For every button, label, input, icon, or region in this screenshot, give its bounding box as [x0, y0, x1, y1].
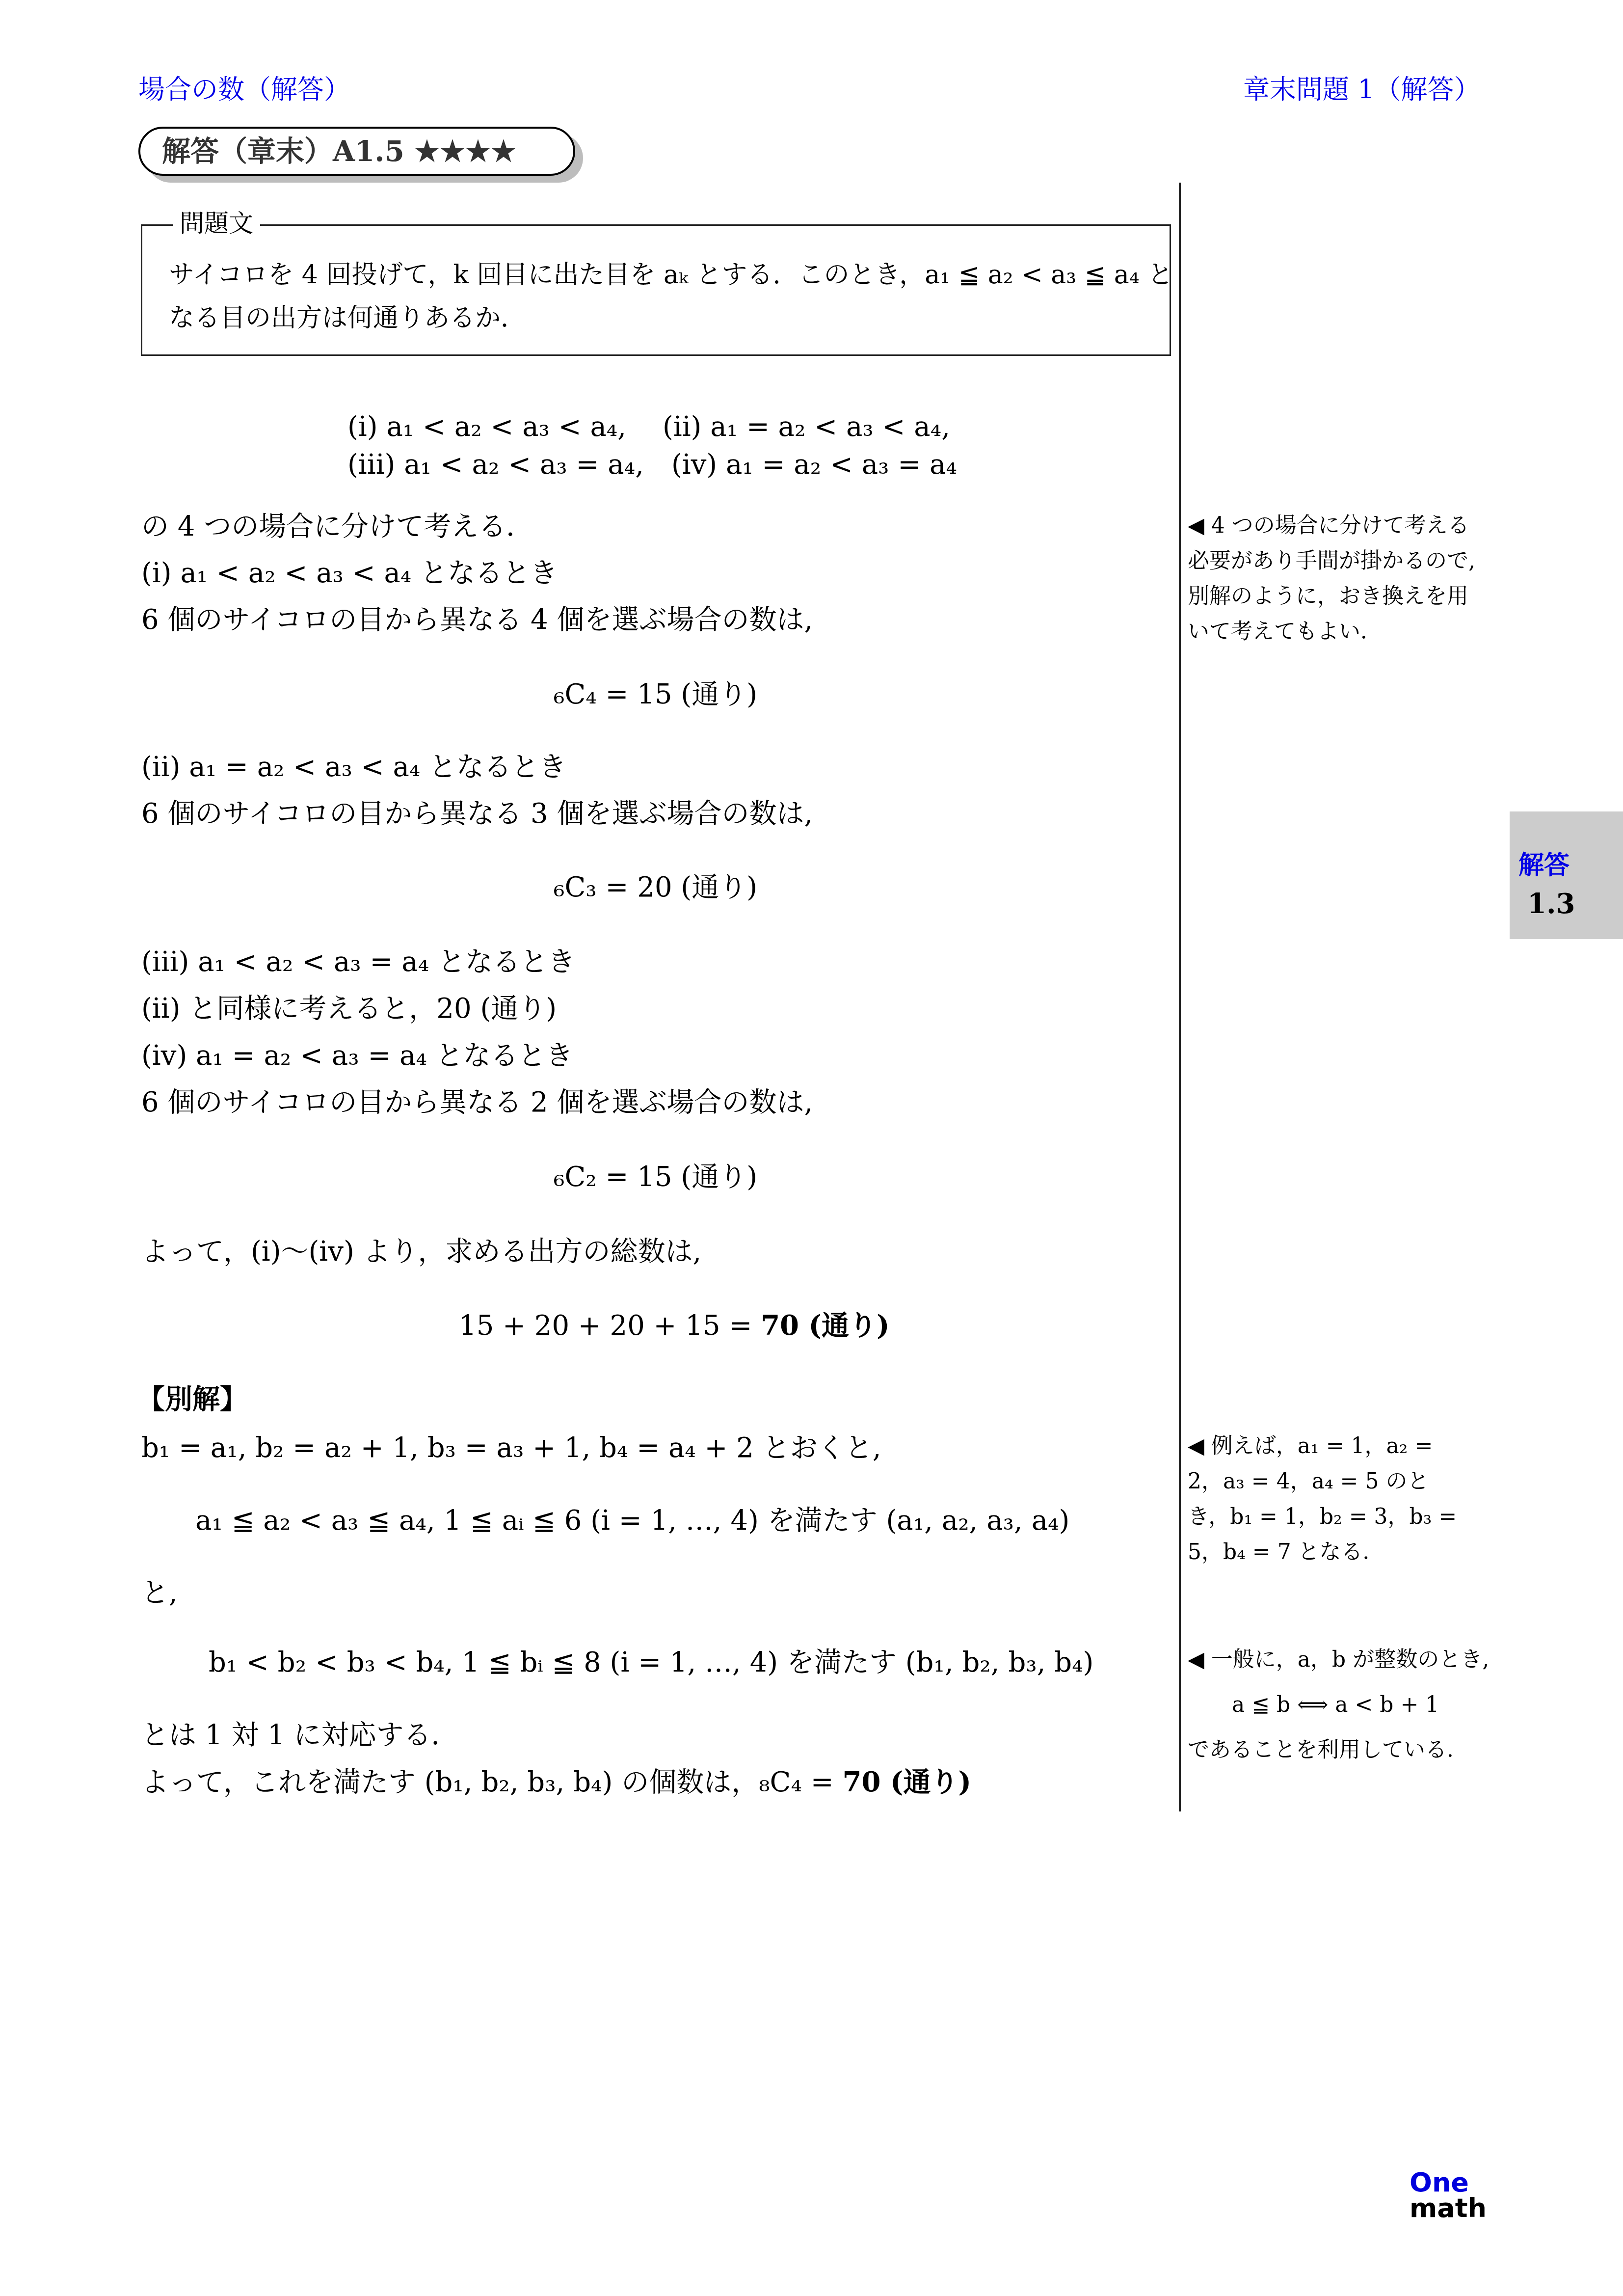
side-note-2-line: 5，b₄ = 7 となる．: [1188, 1535, 1457, 1570]
case1-heading: (i) a₁ < a₂ < a₃ < a₄ となるとき: [141, 556, 558, 591]
case1-text: 6 個のサイコロの目から異なる 4 個を選ぶ場合の数は,: [141, 603, 813, 637]
side-note-1-line: 別解のように，おき換えを用: [1188, 579, 1475, 614]
total-answer: 70 (通り): [761, 1309, 889, 1342]
alt-correspondence: とは 1 対 1 に対応する．: [141, 1718, 458, 1753]
case2-equation: ₆C₃ = 20 (通り): [554, 870, 757, 905]
header-left: 場合の数（解答）: [138, 69, 350, 107]
alt-final: よって，これを満たす (b₁, b₂, b₃, b₄) の個数は，₈C₄ = 7…: [141, 1765, 971, 1800]
case4-equation: ₆C₂ = 15 (通り): [554, 1160, 757, 1194]
solution-intro: の 4 つの場合に分けて考える．: [141, 510, 533, 544]
logo-math: math: [1410, 2194, 1487, 2222]
side-note-1-line: いて考えてもよい．: [1188, 614, 1475, 649]
case4-text: 6 個のサイコロの目から異なる 2 個を選ぶ場合の数は,: [141, 1085, 813, 1120]
side-note-1-line: 必要があり手間が掛かるので,: [1188, 543, 1475, 579]
problem-line-2: なる目の出方は何通りあるか．: [169, 303, 526, 333]
side-note-1-line: ◀ 4 つの場合に分けて考える: [1188, 508, 1475, 543]
cases-row-2: (iii) a₁ < a₂ < a₃ = a₄, (iv) a₁ = a₂ < …: [347, 448, 957, 482]
side-note-3-line: であることを利用している．: [1188, 1732, 1489, 1768]
alt-condition-a: a₁ ≦ a₂ < a₃ ≦ a₄, 1 ≦ aᵢ ≦ 6 (i = 1, …,…: [195, 1504, 1069, 1538]
problem-box: [141, 224, 1171, 356]
case2-heading: (ii) a₁ = a₂ < a₃ < a₄ となるとき: [141, 750, 566, 784]
total-equation-prefix: 15 + 20 + 20 + 15 =: [459, 1310, 761, 1342]
side-note-2-line: ◀ 例えば，a₁ = 1，a₂ =: [1188, 1429, 1457, 1464]
margin-divider: [1179, 183, 1181, 1811]
problem-line-1: サイコロを 4 回投げて，k 回目に出た目を aₖ とする．このとき，a₁ ≦ …: [169, 260, 1173, 290]
case3-text: (ii) と同様に考えると，20 (通り): [141, 992, 557, 1026]
section-tab-label: 解答: [1518, 844, 1570, 881]
side-note-3-line: ◀ 一般に，a，b が整数のとき,: [1188, 1642, 1489, 1677]
alt-condition-b: b₁ < b₂ < b₃ < b₄, 1 ≦ bᵢ ≦ 8 (i = 1, …,…: [209, 1646, 1093, 1680]
alt-substitution: b₁ = a₁, b₂ = a₂ + 1, b₃ = a₃ + 1, b₄ = …: [141, 1431, 881, 1465]
case4-heading: (iv) a₁ = a₂ < a₃ = a₄ となるとき: [141, 1039, 573, 1073]
alt-final-prefix: よって，これを満たす (b₁, b₂, b₃, b₄) の個数は，₈C₄ =: [141, 1766, 842, 1798]
case1-equation: ₆C₄ = 15 (通り): [554, 677, 757, 712]
title-text: 解答（章末）A1.5 ★★★★: [162, 132, 516, 171]
side-note-3: ◀ 一般に，a，b が整数のとき, a ≦ b ⟺ a < b + 1 であるこ…: [1188, 1642, 1489, 1768]
case2-text: 6 個のサイコロの目から異なる 3 個を選ぶ場合の数は,: [141, 797, 813, 831]
side-note-3-formula: a ≦ b ⟺ a < b + 1: [1188, 1687, 1489, 1723]
alt-final-answer: 70 (通り): [842, 1766, 971, 1798]
total-text: よって，(i)〜(iv) より，求める出方の総数は,: [141, 1235, 701, 1269]
alt-to: と,: [141, 1576, 178, 1610]
side-note-2-line: き，b₁ = 1，b₂ = 3，b₃ =: [1188, 1499, 1457, 1535]
total-equation: 15 + 20 + 20 + 15 = 70 (通り): [459, 1308, 890, 1343]
side-note-2-line: 2，a₃ = 4，a₄ = 5 のと: [1188, 1464, 1457, 1499]
alt-heading: 【別解】: [137, 1382, 247, 1416]
case3-heading: (iii) a₁ < a₂ < a₃ = a₄ となるとき: [141, 945, 575, 979]
section-tab-number: 1.3: [1527, 888, 1575, 920]
cases-row-1: (i) a₁ < a₂ < a₃ < a₄, (ii) a₁ = a₂ < a₃…: [347, 410, 950, 444]
side-note-2: ◀ 例えば，a₁ = 1，a₂ = 2，a₃ = 4，a₄ = 5 のと き，b…: [1188, 1429, 1457, 1570]
problem-label: 問題文: [173, 209, 260, 238]
side-note-1: ◀ 4 つの場合に分けて考える 必要があり手間が掛かるので, 別解のように，おき…: [1188, 508, 1475, 649]
header-right: 章末問題 1（解答）: [1243, 69, 1481, 107]
